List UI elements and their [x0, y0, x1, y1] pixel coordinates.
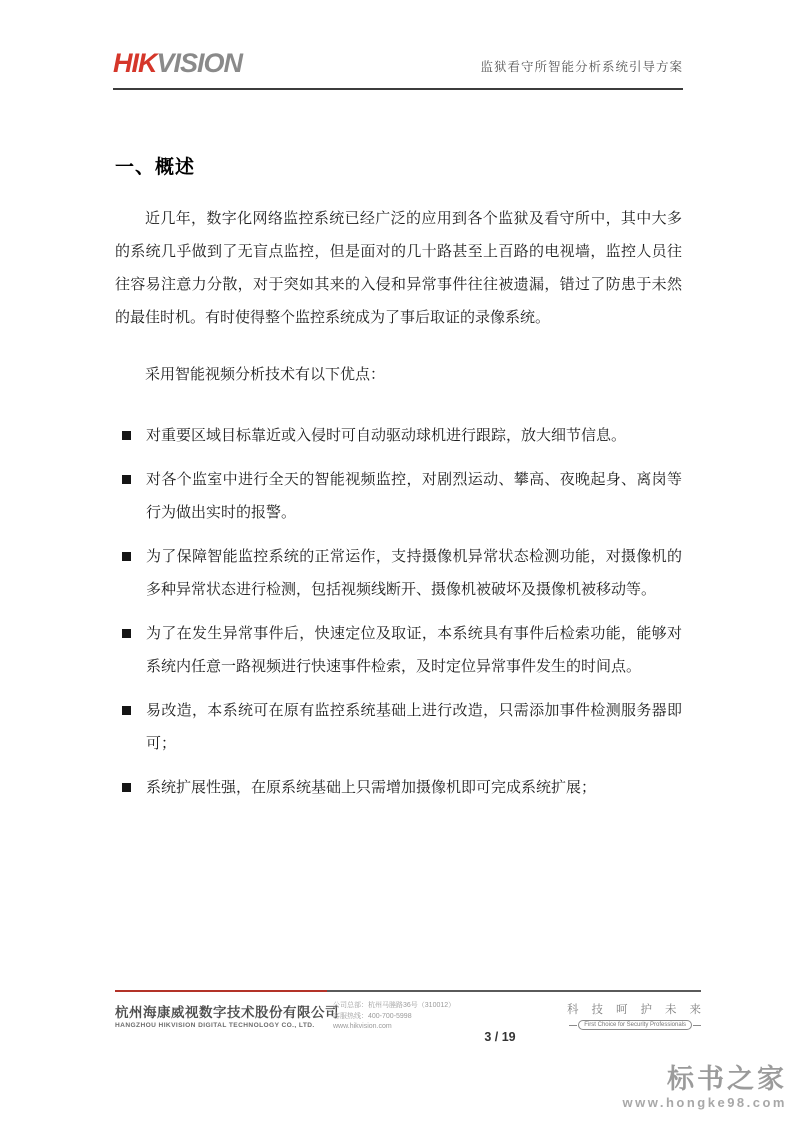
- section-title: 一、概述: [115, 152, 682, 179]
- watermark: 标书之家 www.hongke98.com: [623, 1065, 788, 1110]
- list-item-text: 对各个监室中进行全天的智能视频监控，对剧烈运动、攀高、夜晚起身、离岗等行为做出实…: [146, 472, 682, 521]
- list-item: 对重要区域目标靠近或入侵时可自动驱动球机进行跟踪，放大细节信息。: [115, 420, 682, 453]
- list-item: 系统扩展性强，在原系统基础上只需增加摄像机即可完成系统扩展；: [115, 772, 682, 805]
- footer-divider-gray-segment: [327, 990, 701, 992]
- advantages-list: 对重要区域目标靠近或入侵时可自动驱动球机进行跟踪，放大细节信息。 对各个监室中进…: [115, 420, 682, 805]
- square-bullet-icon: [122, 706, 131, 715]
- logo-hik-text: HIK: [113, 48, 157, 78]
- list-item-text: 易改造，本系统可在原有监控系统基础上进行改造，只需添加事件检测服务器即可；: [146, 703, 682, 752]
- list-item-text: 对重要区域目标靠近或入侵时可自动驱动球机进行跟踪，放大细节信息。: [146, 428, 626, 444]
- contact-address: 公司总部：杭州马塍路36号（310012）: [333, 1001, 503, 1012]
- list-item: 为了保障智能监控系统的正常运作，支持摄像机异常状态检测功能，对摄像机的多种异常状…: [115, 541, 682, 607]
- slogan-dash-right: [693, 1025, 701, 1026]
- footer-company-block: 杭州海康威视数字技术股份有限公司 HANGZHOU HIKVISION DIGI…: [115, 1001, 330, 1029]
- document-body: 一、概述 近几年，数字化网络监控系统已经广泛的应用到各个监狱及看守所中，其中大多…: [115, 152, 682, 816]
- contact-hotline: 客服热线：400-700-5998: [333, 1012, 503, 1023]
- page-header: HIKVISION 监狱看守所智能分析系统引导方案: [113, 50, 683, 90]
- square-bullet-icon: [122, 629, 131, 638]
- square-bullet-icon: [122, 783, 131, 792]
- intro-paragraph: 近几年，数字化网络监控系统已经广泛的应用到各个监狱及看守所中，其中大多的系统几乎…: [115, 203, 682, 335]
- footer-contact-block: 公司总部：杭州马塍路36号（310012） 客服热线：400-700-5998 …: [333, 1001, 503, 1033]
- list-item: 为了在发生异常事件后，快速定位及取证，本系统具有事件后检索功能，能够对系统内任意…: [115, 618, 682, 684]
- list-item-text: 为了保障智能监控系统的正常运作，支持摄像机异常状态检测功能，对摄像机的多种异常状…: [146, 549, 682, 598]
- slogan-en-row: First Choice for Security Professionals: [567, 1020, 701, 1030]
- watermark-title: 标书之家: [623, 1065, 788, 1095]
- square-bullet-icon: [122, 431, 131, 440]
- square-bullet-icon: [122, 475, 131, 484]
- list-item-text: 系统扩展性强，在原系统基础上只需增加摄像机即可完成系统扩展；: [146, 780, 596, 796]
- page-number: 3 / 19: [450, 1030, 550, 1044]
- slogan-cn: 科技呵护未来: [567, 1001, 714, 1017]
- watermark-url: www.hongke98.com: [623, 1095, 788, 1110]
- slogan-en-badge: First Choice for Security Professionals: [578, 1020, 692, 1030]
- list-item-text: 为了在发生异常事件后，快速定位及取证，本系统具有事件后检索功能，能够对系统内任意…: [146, 626, 682, 675]
- lead-paragraph: 采用智能视频分析技术有以下优点：: [115, 359, 682, 392]
- header-doc-title: 监狱看守所智能分析系统引导方案: [480, 57, 683, 77]
- list-item: 易改造，本系统可在原有监控系统基础上进行改造，只需添加事件检测服务器即可；: [115, 695, 682, 761]
- footer-divider-red-segment: [115, 990, 327, 992]
- page-footer: 杭州海康威视数字技术股份有限公司 HANGZHOU HIKVISION DIGI…: [115, 1001, 701, 1033]
- document-page: HIKVISION 监狱看守所智能分析系统引导方案 一、概述 近几年，数字化网络…: [0, 0, 793, 1122]
- square-bullet-icon: [122, 552, 131, 561]
- company-name-cn: 杭州海康威视数字技术股份有限公司: [115, 1001, 330, 1021]
- list-item: 对各个监室中进行全天的智能视频监控，对剧烈运动、攀高、夜晚起身、离岗等行为做出实…: [115, 464, 682, 530]
- slogan-dash-left: [569, 1025, 577, 1026]
- company-name-en: HANGZHOU HIKVISION DIGITAL TECHNOLOGY CO…: [115, 1022, 330, 1029]
- footer-divider: [115, 990, 701, 992]
- footer-slogan-block: 科技呵护未来 First Choice for Security Profess…: [567, 1001, 701, 1030]
- hikvision-logo: HIKVISION: [113, 50, 242, 77]
- logo-vision-text: VISION: [157, 48, 243, 78]
